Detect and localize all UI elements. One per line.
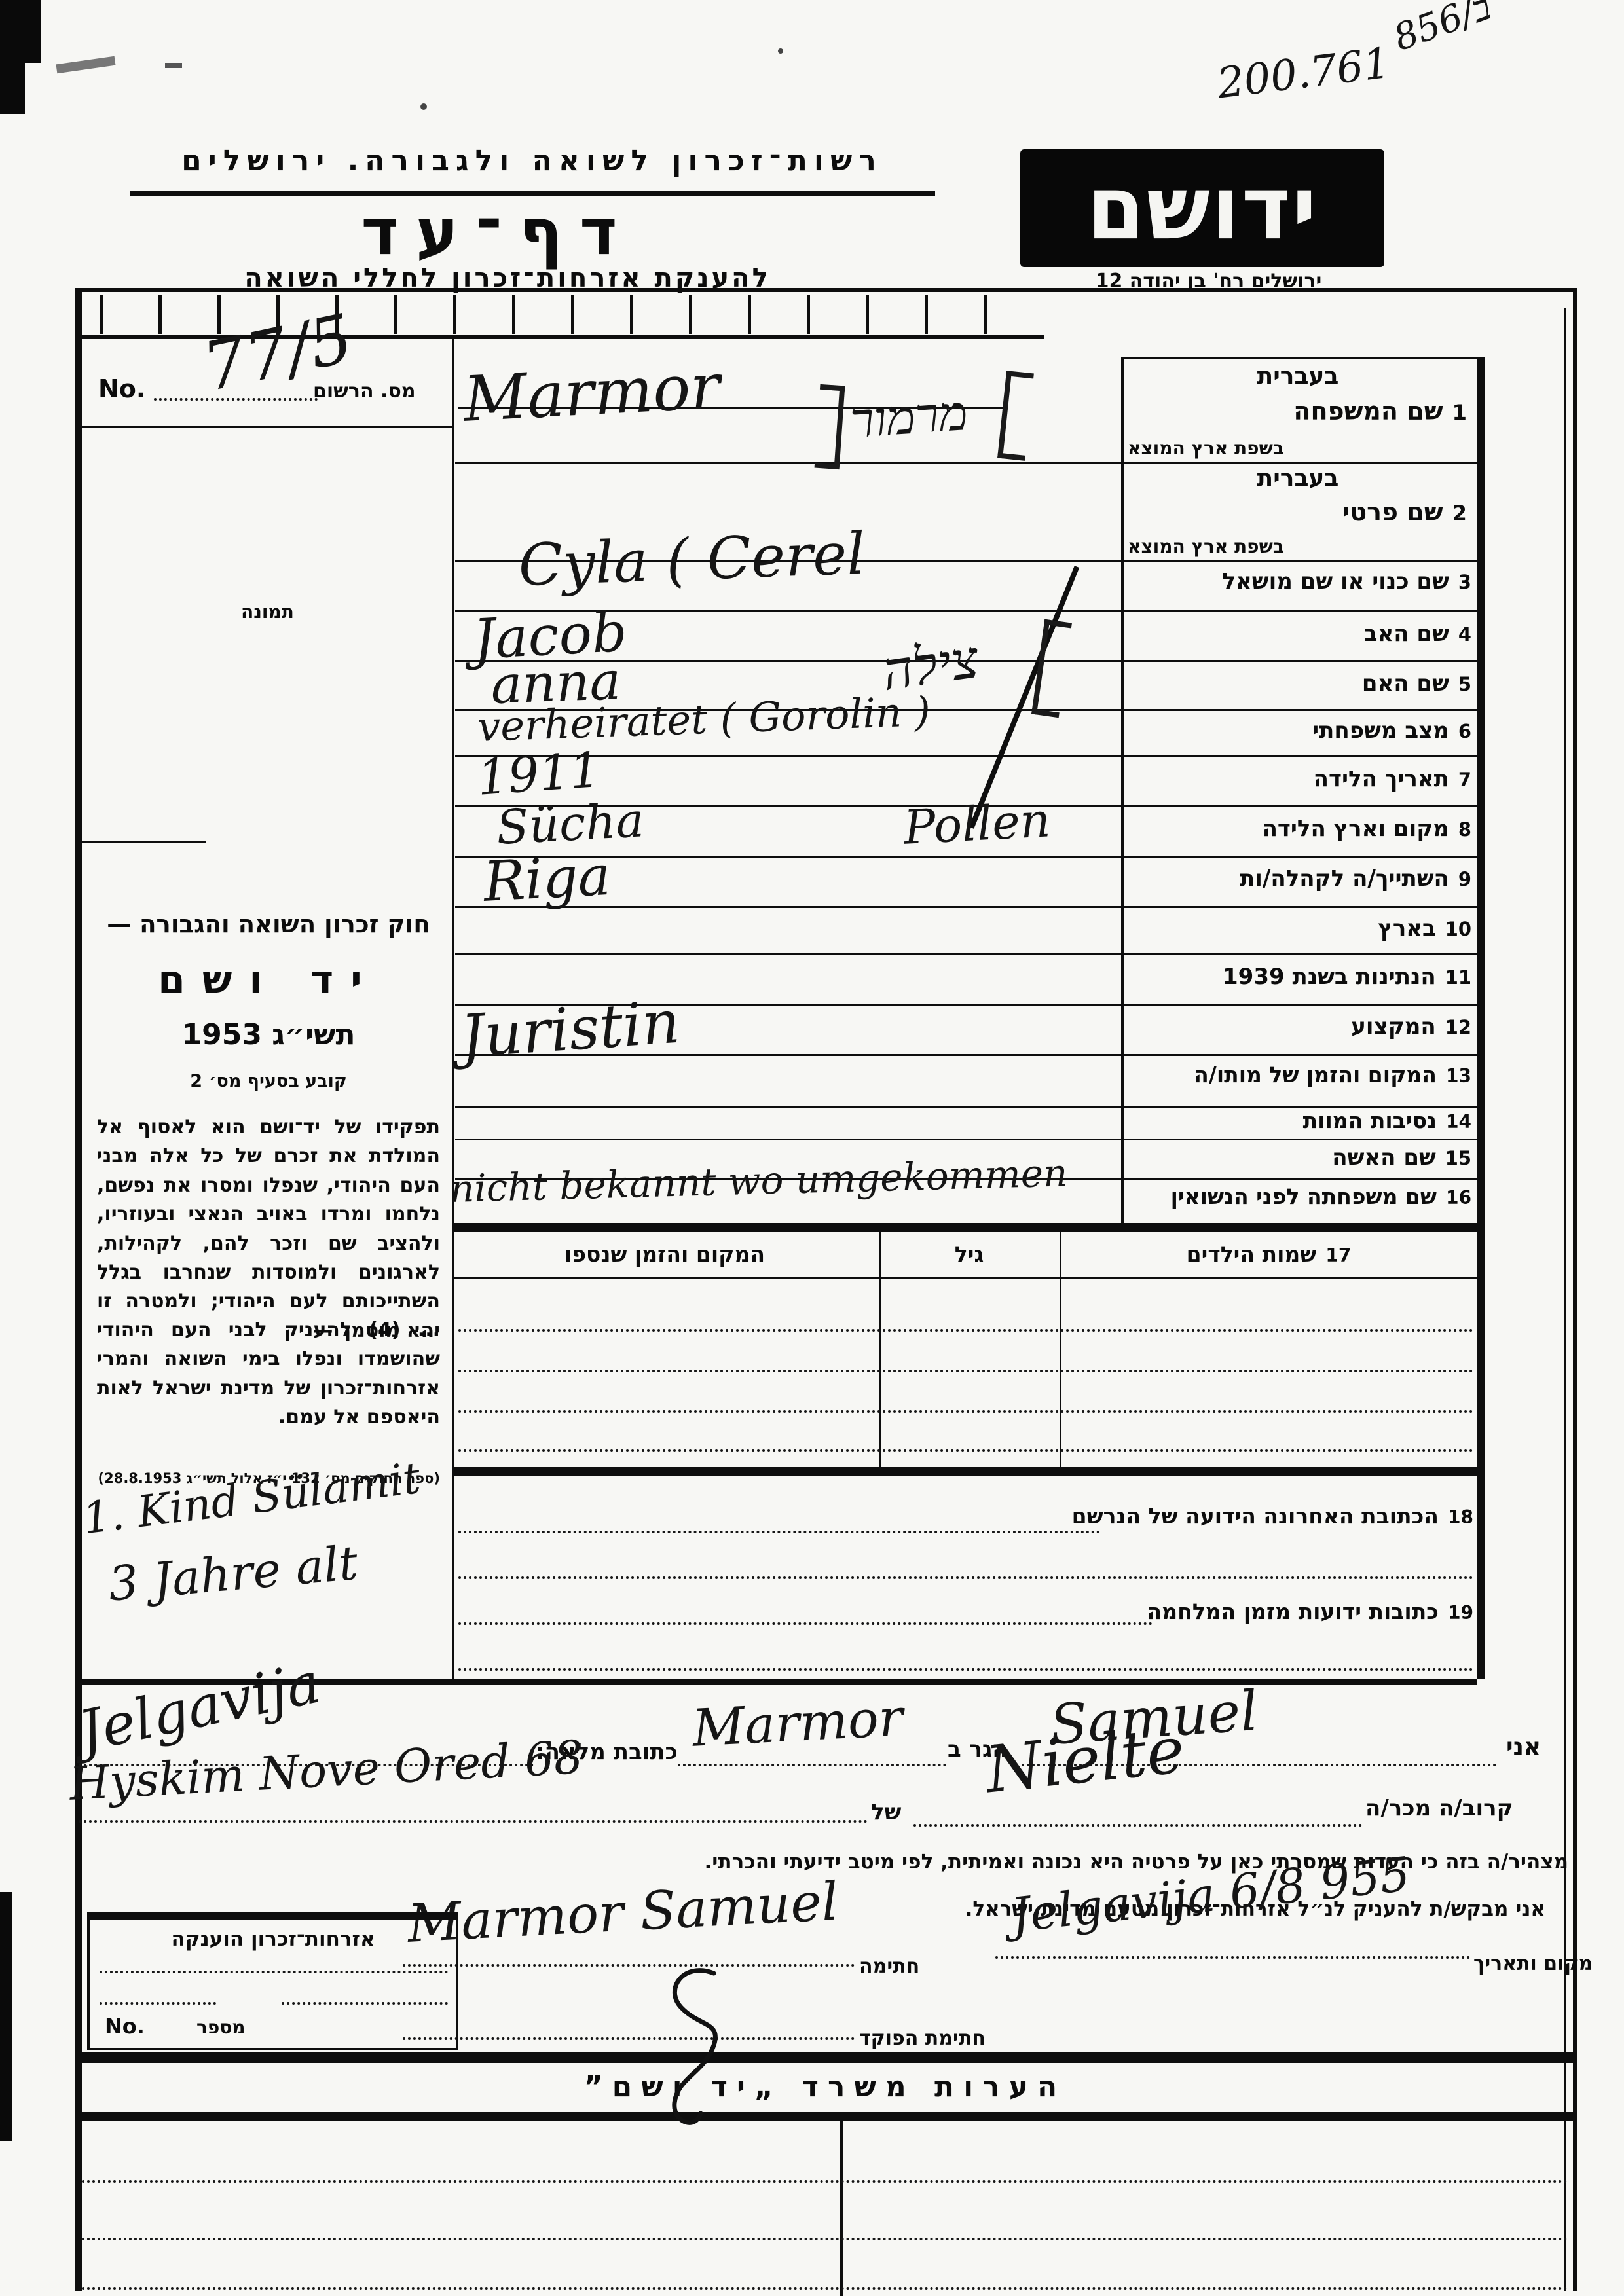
table-row-line bbox=[458, 1329, 1473, 1332]
decl-of-label: של bbox=[871, 1799, 901, 1825]
table-divider bbox=[879, 1223, 881, 1467]
remarks-line bbox=[82, 2180, 1568, 2183]
bracket-stroke bbox=[969, 566, 1079, 829]
yad-vashem-logo: ידושם bbox=[1020, 149, 1384, 267]
decl-place-date-label: מקום ותאריך bbox=[1473, 1952, 1593, 1975]
field-row-15: 15שם האשה bbox=[1121, 1144, 1471, 1171]
table-divider bbox=[1060, 1223, 1061, 1467]
entry-family-name: Marmor bbox=[462, 350, 722, 435]
bracket bbox=[997, 371, 1034, 461]
field-row-10: 10בארץ bbox=[1121, 915, 1471, 941]
rule-line bbox=[455, 462, 1477, 464]
granted-box-left bbox=[87, 1912, 90, 2049]
scan-artifact bbox=[0, 1892, 12, 2141]
field-2-sub: בשפת ארץ המוצא bbox=[1128, 536, 1284, 557]
field-1-top: בעברית bbox=[1121, 363, 1475, 390]
entry-birth-country: Pollen bbox=[902, 792, 1052, 855]
field-row-19: 19כתובות ידועות מזמן המלחמה bbox=[1159, 1599, 1473, 1624]
entry-death-circumstances: nicht bekannt wo umgekommen bbox=[449, 1150, 1068, 1211]
field-1-label: 1שם המשפחה bbox=[1293, 397, 1467, 426]
decl-relative-value: Nielte bbox=[982, 1713, 1188, 1808]
testimony-page: 200.761 856/ב רשות־זכרון לשואה ולגבורה. … bbox=[0, 0, 1624, 2296]
field-row-18: 18הכתובת האחרונה הידועה של הנרשם bbox=[1107, 1503, 1473, 1529]
field-row-5: 5שם האם bbox=[1121, 670, 1471, 697]
law-heading-1: חוק זכרון השואה והגבורה — bbox=[97, 910, 440, 938]
field-row-6: 6מצב משפחתי bbox=[1121, 718, 1471, 744]
granted-box-line bbox=[100, 2002, 216, 2005]
law-heading-3: תשי״ג 1953 bbox=[97, 1018, 440, 1051]
field-row-8: 8מקום וארץ הלידה bbox=[1121, 816, 1471, 842]
granted-box-line bbox=[100, 1971, 448, 1973]
logo-text: ידושם bbox=[1086, 157, 1318, 259]
decl-line bbox=[678, 1764, 946, 1766]
decl-signature-value: Marmor Samuel bbox=[406, 1871, 840, 1954]
scan-artifact bbox=[778, 48, 783, 54]
remarks-line bbox=[82, 2238, 1568, 2240]
table-header-underline bbox=[452, 1277, 1477, 1279]
form-border-left bbox=[75, 288, 82, 2291]
field-row-16: 16שם משפחתה לפני הנשואין bbox=[1121, 1184, 1471, 1209]
decl-statement-1: מצהיר/ה בזה כי העדות שמסרתי כאן על פרטיה… bbox=[704, 1850, 1568, 1874]
field-2-label: 2שם פרטי bbox=[1342, 498, 1467, 526]
field-row-9: 9השתייך/ה לקהלה/ות bbox=[1121, 866, 1471, 892]
entry-community: Riga bbox=[482, 843, 612, 914]
table-header-place: המקום והזמן שנספו bbox=[458, 1241, 871, 1267]
photo-label: תמונה bbox=[241, 601, 294, 623]
note-child-age: 3 Jahre alt bbox=[106, 1535, 360, 1612]
corner-number-2: 856/ב bbox=[1388, 0, 1497, 60]
table-row-line bbox=[458, 1370, 1473, 1372]
granted-box-title: אזרחות־זכרון הוענקה bbox=[98, 1927, 448, 1951]
granted-box-bottom bbox=[87, 2048, 458, 2050]
granted-box-top bbox=[87, 1912, 458, 1920]
reg-box-bottom bbox=[75, 426, 454, 428]
granted-box-no-label: No. bbox=[105, 2014, 145, 2039]
bracket bbox=[1031, 619, 1072, 718]
field-2-top: בעברית bbox=[1121, 465, 1475, 492]
official-signature bbox=[616, 1964, 766, 2134]
field-row-14: 14נסיבות המוות bbox=[1121, 1108, 1471, 1133]
field-19-line bbox=[458, 1622, 1153, 1625]
form-border-right bbox=[1573, 288, 1577, 2291]
footer-remarks-title: הערות משרד „יד ושם” bbox=[75, 2070, 1575, 2104]
form-title: דף־עד bbox=[341, 195, 655, 270]
entry-family-name-hebrew: מרמור bbox=[848, 385, 969, 450]
field-18-line bbox=[458, 1576, 1473, 1579]
decl-line bbox=[995, 1956, 1470, 1959]
table-row-line bbox=[458, 1410, 1473, 1413]
table-top-rule bbox=[452, 1223, 1477, 1232]
field-1-sub: בשפת ארץ המוצא bbox=[1128, 437, 1284, 459]
decl-official-label: חתימת הפוקד bbox=[859, 2027, 986, 2050]
field-row-4: 4שם האב bbox=[1121, 621, 1471, 647]
footer-band-bottom bbox=[75, 2112, 1577, 2121]
photo-box-line bbox=[75, 841, 206, 843]
reg-no-label: No. bbox=[98, 374, 145, 403]
form-border-top bbox=[75, 288, 1577, 292]
table-row-line bbox=[458, 1449, 1473, 1452]
form-border-right-inner bbox=[1564, 308, 1566, 2291]
left-column-divider bbox=[452, 335, 454, 1679]
field-18-line bbox=[458, 1531, 1100, 1533]
remarks-divider bbox=[840, 2121, 843, 2296]
decl-line bbox=[79, 1820, 868, 1823]
field-row-12: 12המקצוע bbox=[1121, 1013, 1471, 1040]
decl-residing-value: Marmor bbox=[691, 1688, 904, 1758]
rule-line bbox=[455, 953, 1477, 955]
rule-line bbox=[455, 1106, 1477, 1108]
law-paragraph-2: ... (4) להעניק לבני העם היהודי שהושמדו ו… bbox=[97, 1316, 440, 1432]
rule-line bbox=[455, 1139, 1477, 1140]
law-heading-4: קובע בסעיף מס׳ 2 bbox=[97, 1071, 440, 1091]
decl-relative-label: קרוב/ה מכר/ה bbox=[1365, 1795, 1513, 1821]
decl-i-label: אני bbox=[1506, 1734, 1541, 1760]
granted-box-line bbox=[282, 2002, 448, 2005]
law-heading-2: יד ושם bbox=[97, 957, 440, 1003]
field-row-1: בעברית 1שם המשפחה בשפת ארץ המוצא bbox=[1121, 359, 1475, 462]
field-row-3: 3שם כנוי או שם מושאל bbox=[1121, 568, 1471, 594]
footer-band-top bbox=[75, 2052, 1577, 2063]
field-19-line bbox=[458, 1668, 1473, 1671]
field-row-13: 13המקום והזמן של מותו/ה bbox=[1121, 1062, 1471, 1087]
bracket bbox=[815, 384, 845, 469]
granted-box-right bbox=[456, 1912, 458, 2049]
field-row-7: 7תאריך הלידה bbox=[1121, 766, 1471, 792]
scan-artifact bbox=[165, 63, 182, 68]
org-line: רשות־זכרון לשואה ולגבורה. ירושלים bbox=[128, 144, 936, 177]
table-header-names: 17שמות הילדים bbox=[1067, 1241, 1470, 1267]
rule-line bbox=[455, 755, 1477, 757]
table-bottom-rule bbox=[452, 1467, 1477, 1476]
entry-profession: Juristin bbox=[458, 988, 682, 1072]
heavy-right-rule bbox=[1477, 357, 1485, 1679]
remarks-line bbox=[82, 2287, 1568, 2290]
scan-artifact bbox=[420, 103, 427, 110]
law-paragraph-1: תפקידו של יד־ושם הוא לאסוף אל המולדת את … bbox=[97, 1113, 440, 1345]
field-row-11: 11הנתינות בשנת 1939 bbox=[1121, 964, 1471, 990]
scan-artifact bbox=[56, 56, 115, 73]
entry-first-name: Cyla ( Cerel bbox=[517, 520, 866, 599]
field-row-2: בעברית 2שם פרטי בשפת ארץ המוצא bbox=[1121, 464, 1475, 558]
decl-line bbox=[913, 1824, 1362, 1827]
granted-box-number-label: מספר bbox=[196, 2016, 246, 2038]
corner-number: 200.761 bbox=[1215, 39, 1393, 109]
scan-artifact bbox=[0, 63, 25, 114]
decl-signature-label: חתימה bbox=[859, 1955, 919, 1978]
note-child: 1. Kind Sülamit bbox=[80, 1453, 423, 1544]
reg-label: מס. הרשום bbox=[313, 380, 416, 403]
table-header-age: גיל bbox=[879, 1241, 1060, 1267]
scan-artifact bbox=[0, 0, 41, 63]
